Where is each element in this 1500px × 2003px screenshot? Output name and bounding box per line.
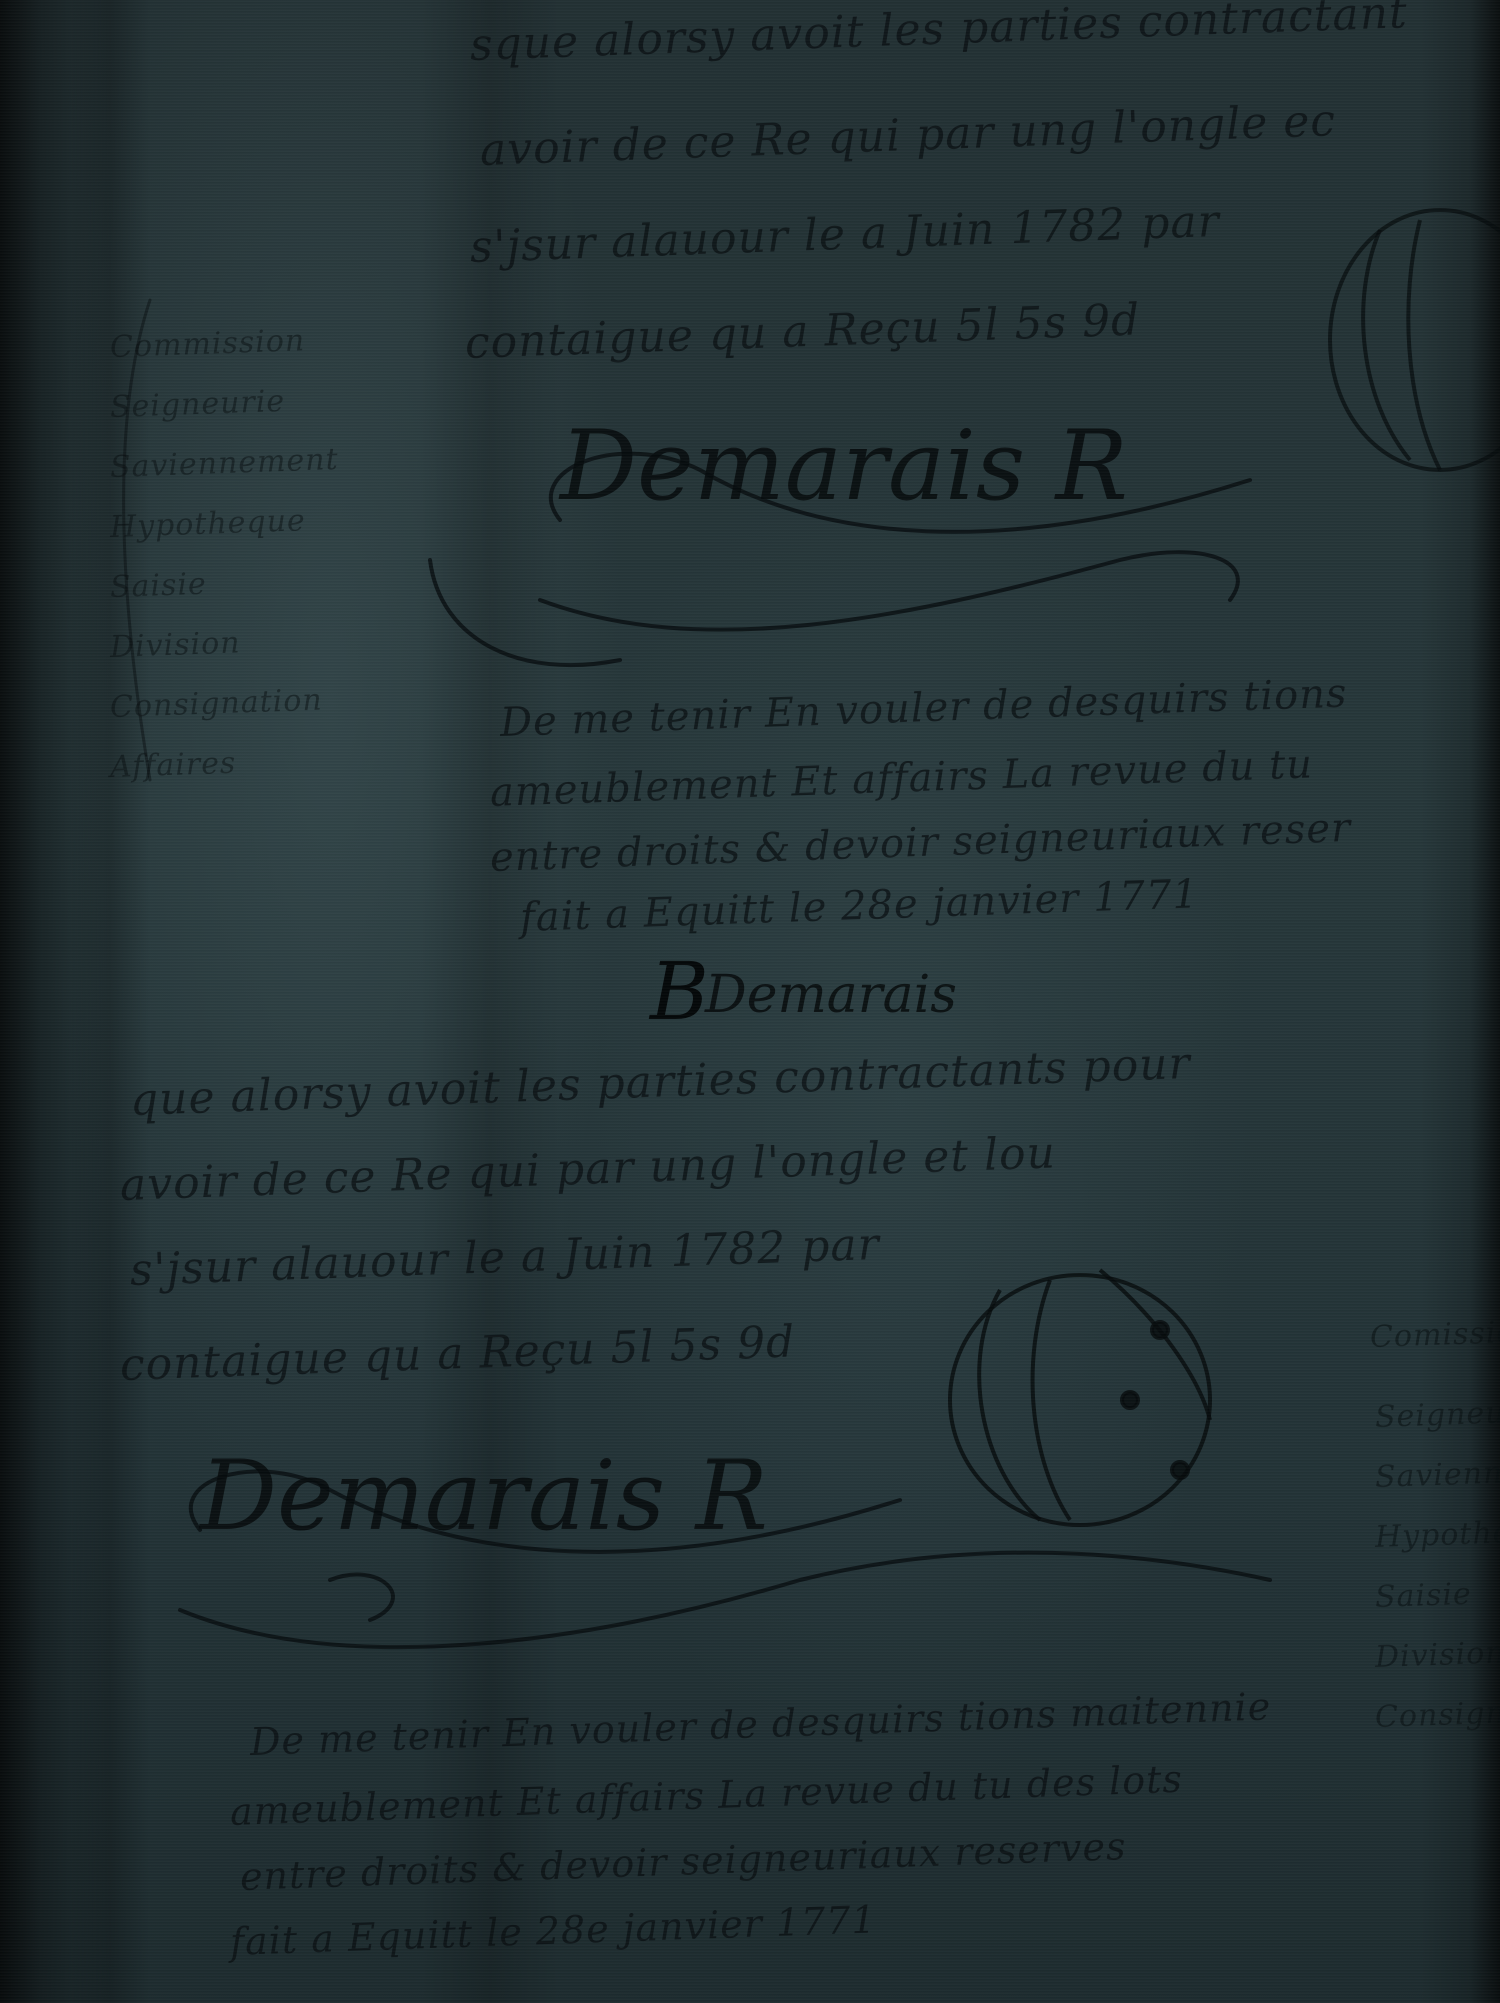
fabric-fold — [420, 0, 560, 2003]
script-line: avoir de ce Re qui par ung l'ongle et lo… — [119, 1127, 1057, 1211]
script-line: De me tenir En vouler de desquirs tions — [499, 670, 1348, 746]
script-line: ameublement Et affairs La revue du tu — [489, 741, 1314, 816]
margin-note: Hypotheque — [1374, 1513, 1500, 1555]
signature: Demarais R — [200, 1440, 768, 1552]
margin-note: Seigneurie — [1374, 1394, 1500, 1435]
seal-emblem — [950, 1270, 1210, 1525]
script-line: ameublement Et affairs La revue du tu de… — [229, 1757, 1183, 1834]
margin-note: Affaires — [109, 746, 236, 785]
script-line: sque alorsy avoit les parties contractan… — [469, 0, 1408, 71]
script-line: contaigue qu a Reçu 5l 5s 9d — [464, 294, 1141, 369]
script-line: De me tenir En vouler de desquirs tions … — [249, 1684, 1272, 1764]
margin-note: Saviennement — [1374, 1452, 1500, 1495]
margin-note: Consignation — [109, 683, 323, 725]
margin-note: Commission — [109, 323, 305, 365]
margin-note: Consignation — [1374, 1693, 1500, 1735]
margin-note: Saisie — [109, 567, 207, 605]
script-line: s'jsur alauour le a Juin 1782 par — [129, 1219, 880, 1296]
script-line: entre droits & devoir seigneuriaux reser… — [239, 1824, 1127, 1899]
seal-emblem — [1330, 210, 1500, 470]
margin-note: Comission — [1369, 1314, 1500, 1355]
fabric-fold — [70, 0, 150, 2003]
script-line: s'jsur alauour le a Juin 1782 par — [469, 196, 1220, 273]
margin-note: Hypotheque — [109, 503, 306, 545]
script-line: fait a Equitt le 28e janvier 1771 — [229, 1897, 877, 1964]
script-line: contaigue qu a Reçu 5l 5s 9d — [119, 1316, 796, 1391]
margin-note: Division — [109, 625, 241, 665]
margin-note: Saviennement — [109, 442, 339, 485]
margin-note: Division — [1374, 1635, 1500, 1675]
margin-note: Saisie — [1374, 1577, 1472, 1615]
script-line: avoir de ce Re qui par ung l'ongle ec — [479, 95, 1337, 176]
signature: Demarais R — [560, 410, 1128, 522]
embroidered-monogram: B — [650, 945, 709, 1038]
fabric-photo: sque alorsy avoit les parties contractan… — [0, 0, 1500, 2003]
script-line: entre droits & devoir seigneuriaux reser — [489, 805, 1352, 881]
margin-note: Seigneurie — [109, 384, 285, 425]
script-line: que alorsy avoit les parties contractant… — [129, 1038, 1191, 1126]
signature: Demarais — [705, 965, 957, 1025]
script-line: fait a Equitt le 28e janvier 1771 — [519, 871, 1199, 941]
